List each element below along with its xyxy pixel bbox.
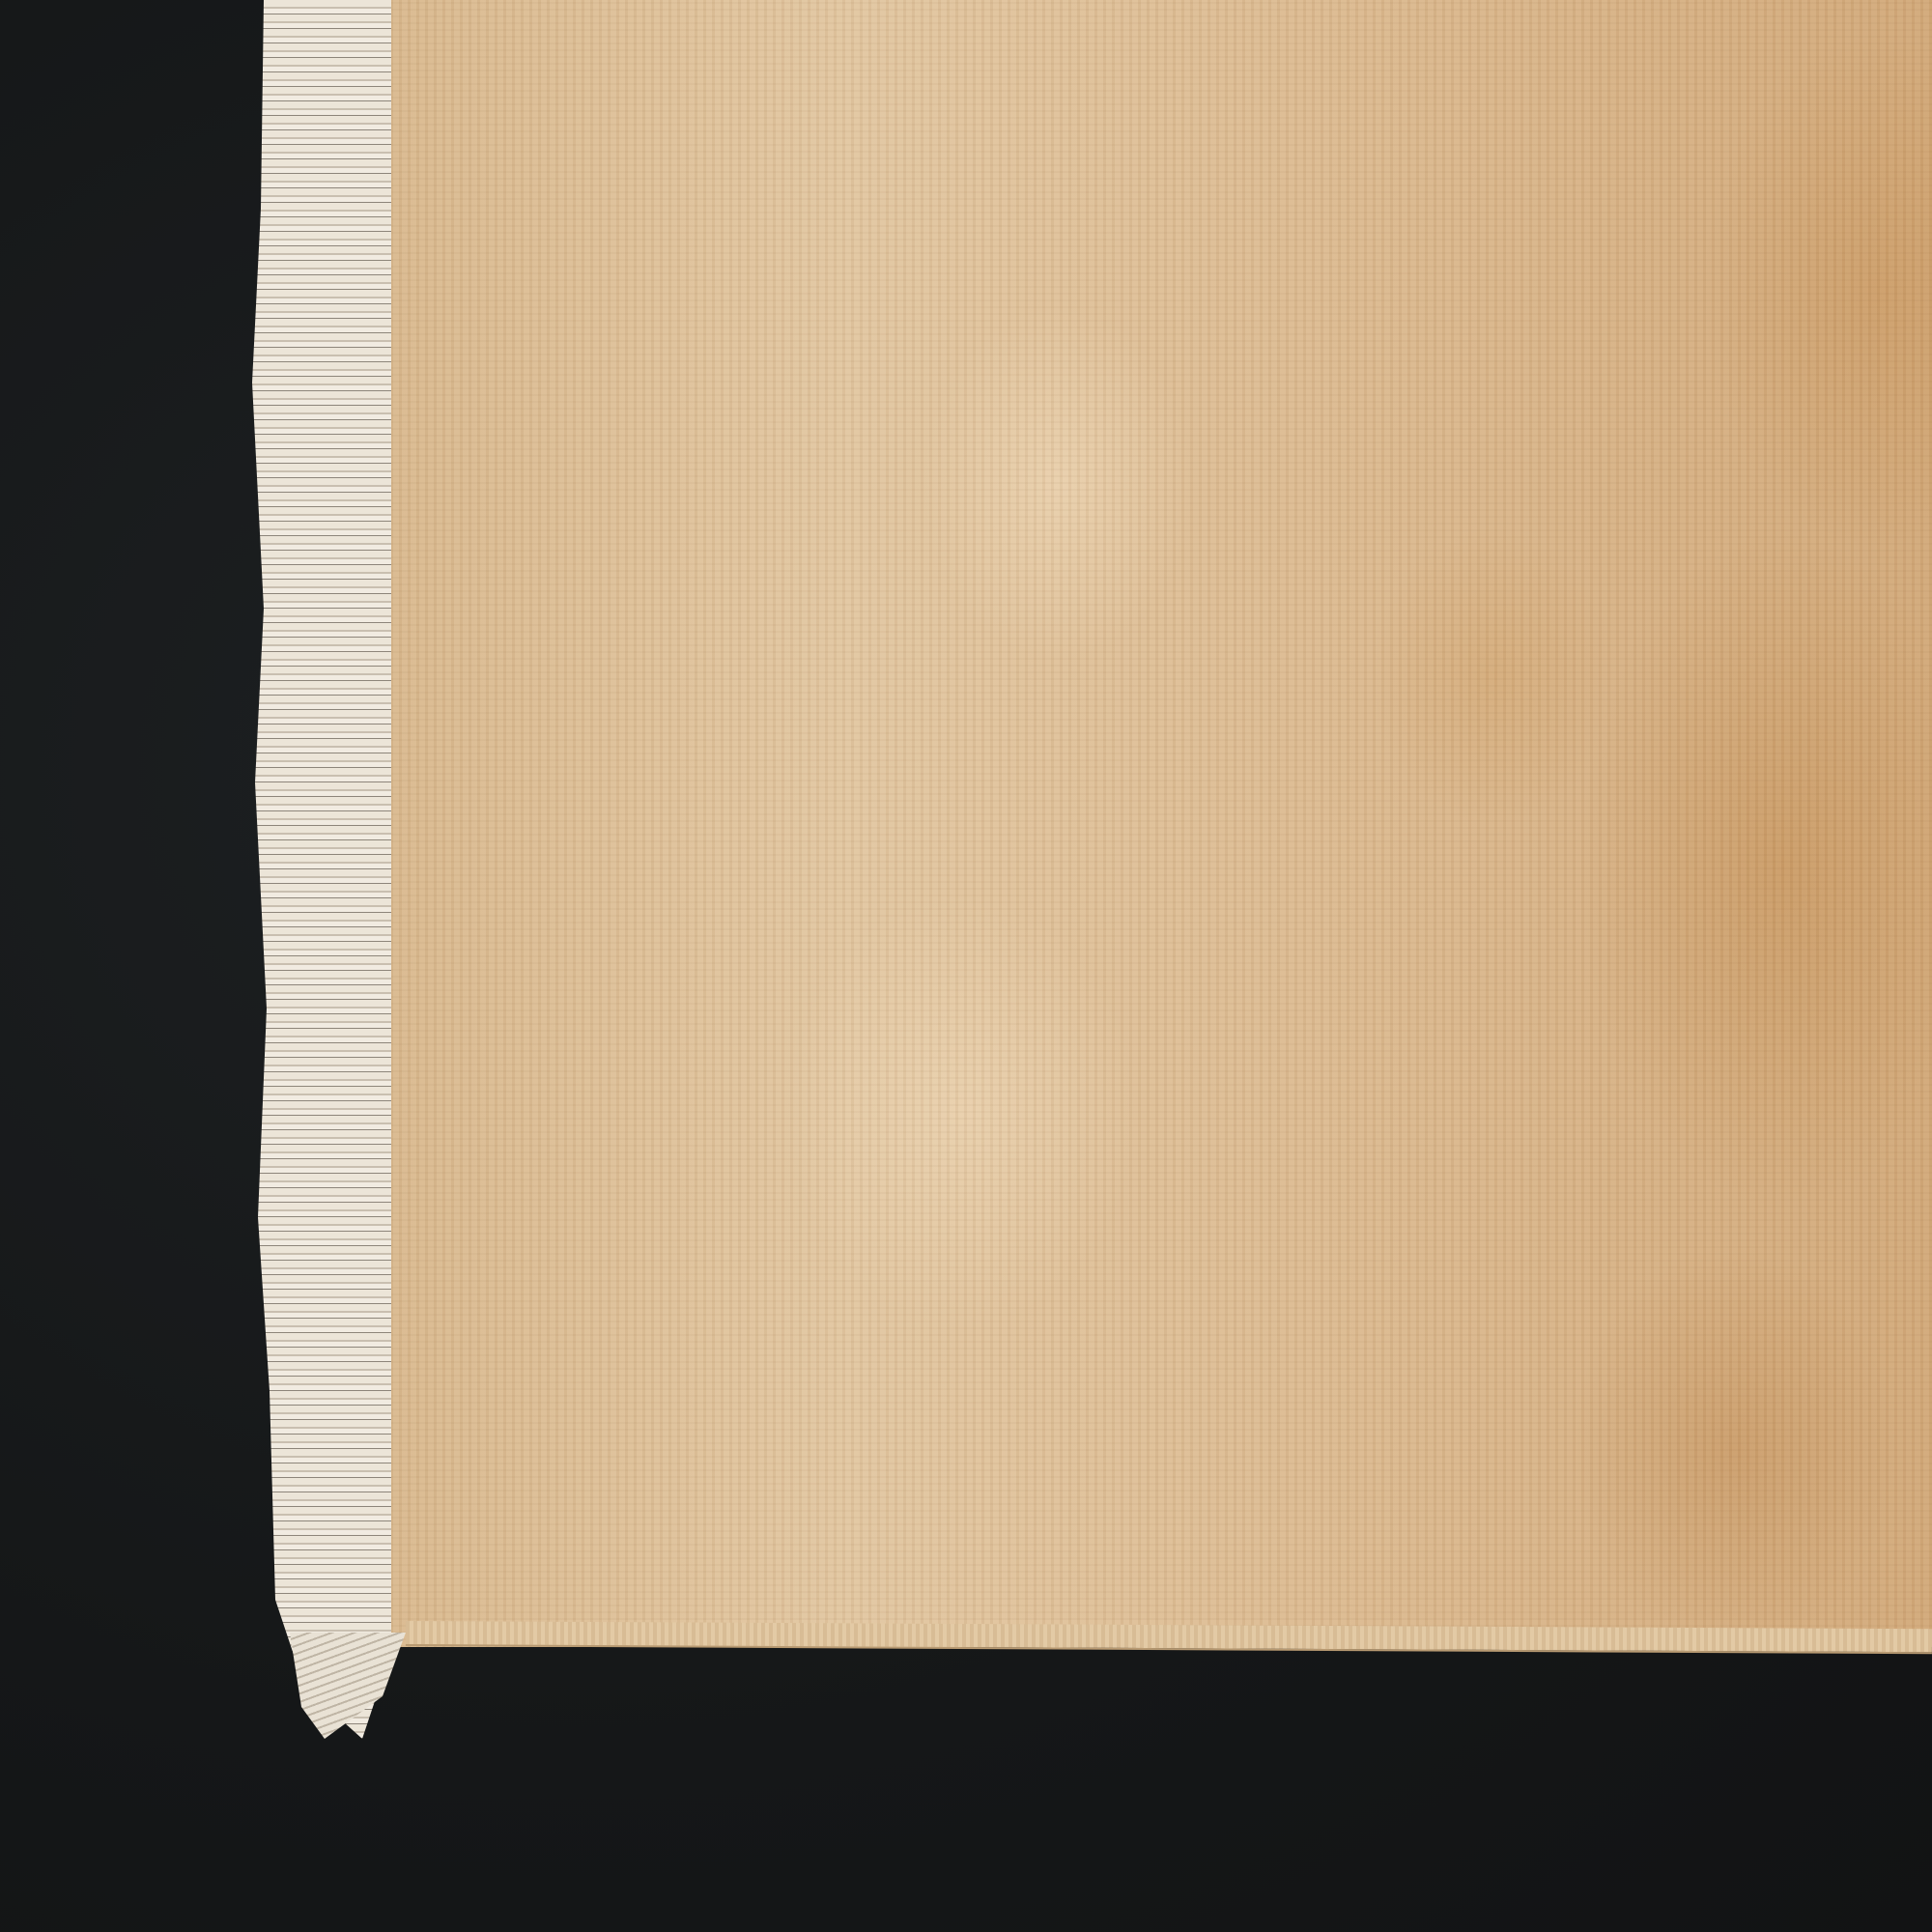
photo-scene	[0, 0, 1932, 1932]
rug-pile	[382, 0, 1932, 1647]
